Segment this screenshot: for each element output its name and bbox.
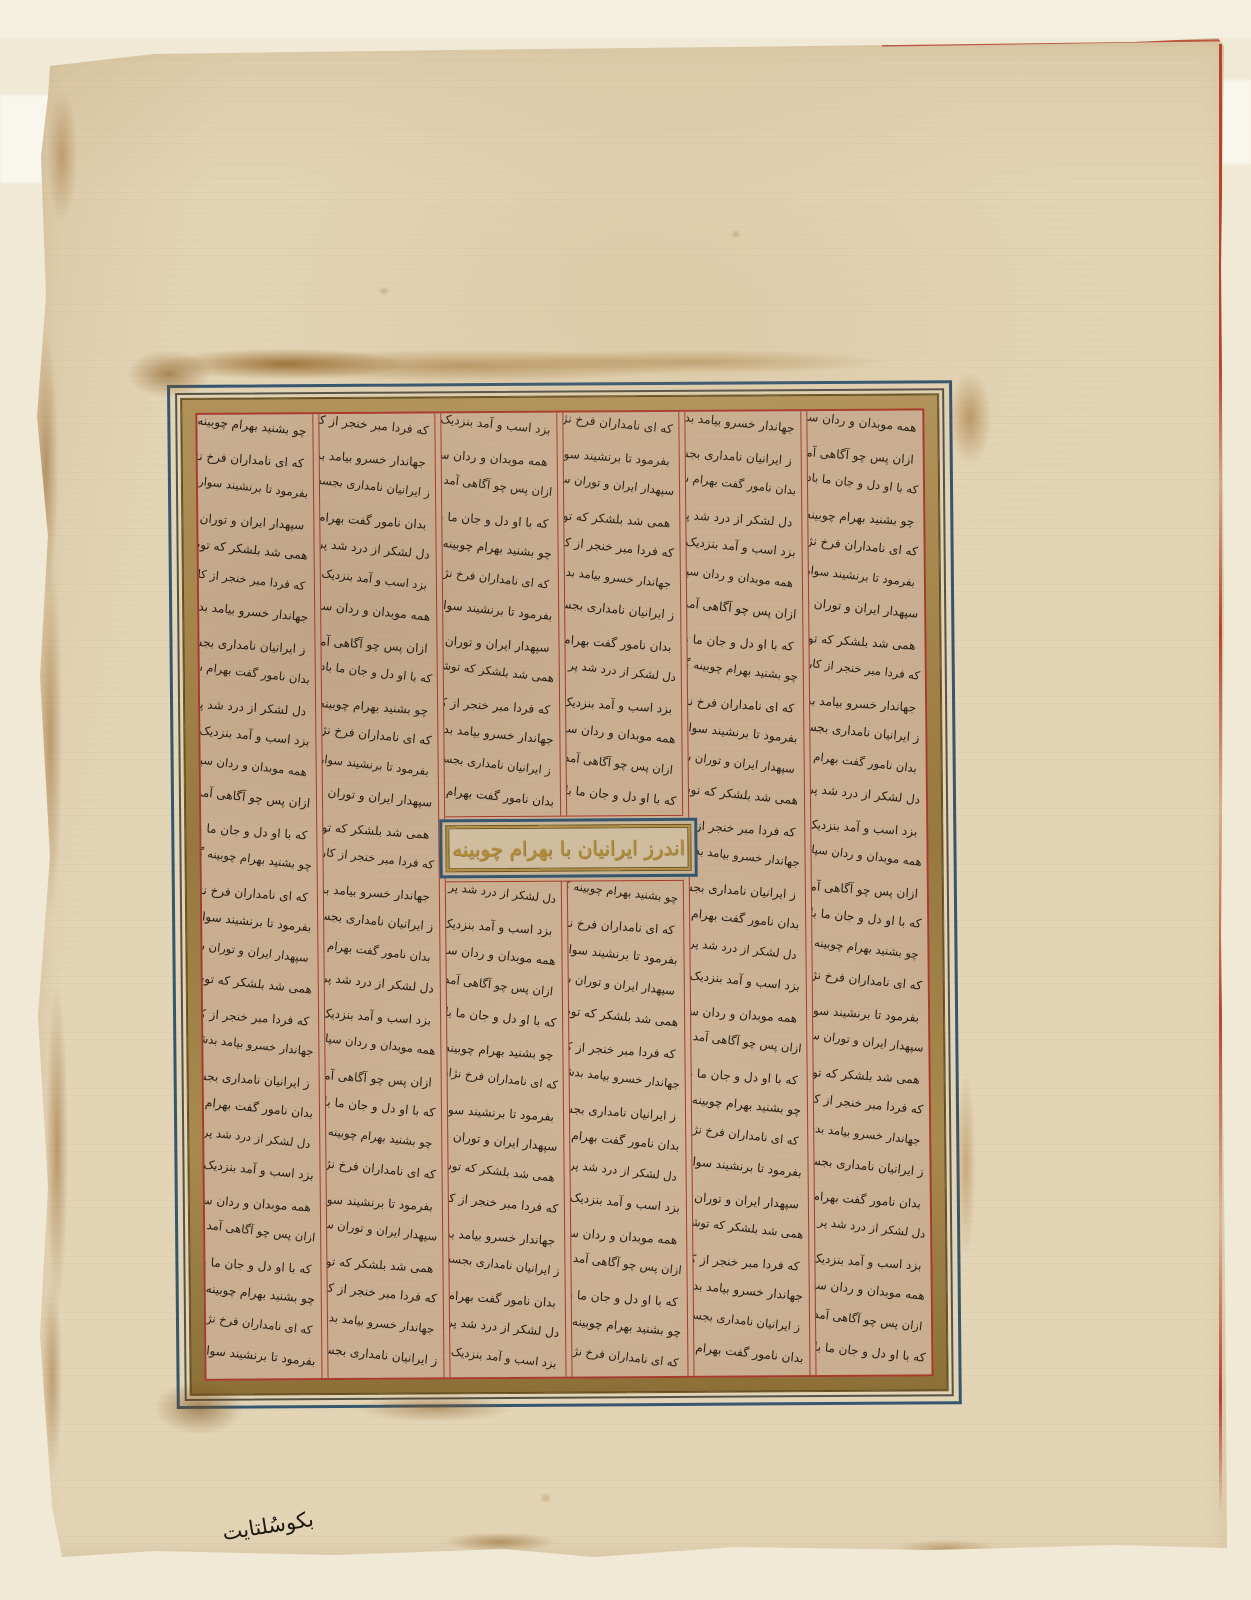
text-block-frame: چو بشنید بهرام چوبینه گفتکه ای نامداران … xyxy=(167,380,962,1409)
text-panel: چو بشنید بهرام چوبینه گفتکه ای نامداران … xyxy=(195,408,933,1380)
manuscript-folio: چو بشنید بهرام چوبینه گفتکه ای نامداران … xyxy=(34,36,1230,1558)
photo-backdrop: چو بشنید بهرام چوبینه گفتکه ای نامداران … xyxy=(0,0,1251,1600)
marginal-note: بکوسُلتایت xyxy=(221,1507,316,1545)
folio-red-edge-line-top xyxy=(882,39,1220,46)
mount-top-strip xyxy=(0,0,1251,38)
verse-column: همه موبدان و ردان سپاهازان پس چو آگاهی آ… xyxy=(807,410,931,1375)
folio-red-edge-line-right xyxy=(1219,44,1222,1514)
verse-column: که ای نامداران فرخ نژادبفرمود تا برنشیند… xyxy=(563,412,687,1377)
frame-blue-rule: چو بشنید بهرام چوبینه گفتکه ای نامداران … xyxy=(167,380,962,1409)
heading-cartouche: اندرز ایرانیان با بهرام چوبینه xyxy=(439,818,698,879)
verse-column: چو بشنید بهرام چوبینه گفتکه ای نامداران … xyxy=(197,414,321,1379)
frame-inner-rule: چو بشنید بهرام چوبینه گفتکه ای نامداران … xyxy=(175,388,954,1401)
verse-column: بزد اسب و آمد بنزدیک شاههمه موبدان و ردا… xyxy=(441,413,565,1378)
frame-gold-band: چو بشنید بهرام چوبینه گفتکه ای نامداران … xyxy=(180,393,949,1396)
verse-column: که فردا مبر خنجر از کارزارجهاندار خسرو ب… xyxy=(319,413,443,1378)
heading-zone: اندرز ایرانیان با بهرام چوبینه xyxy=(445,815,684,882)
heading-text: اندرز ایرانیان با بهرام چوبینه xyxy=(442,821,695,876)
verse-column: جهاندار خسرو بیامد بدشتز ایرانیان نامدار… xyxy=(685,411,809,1376)
